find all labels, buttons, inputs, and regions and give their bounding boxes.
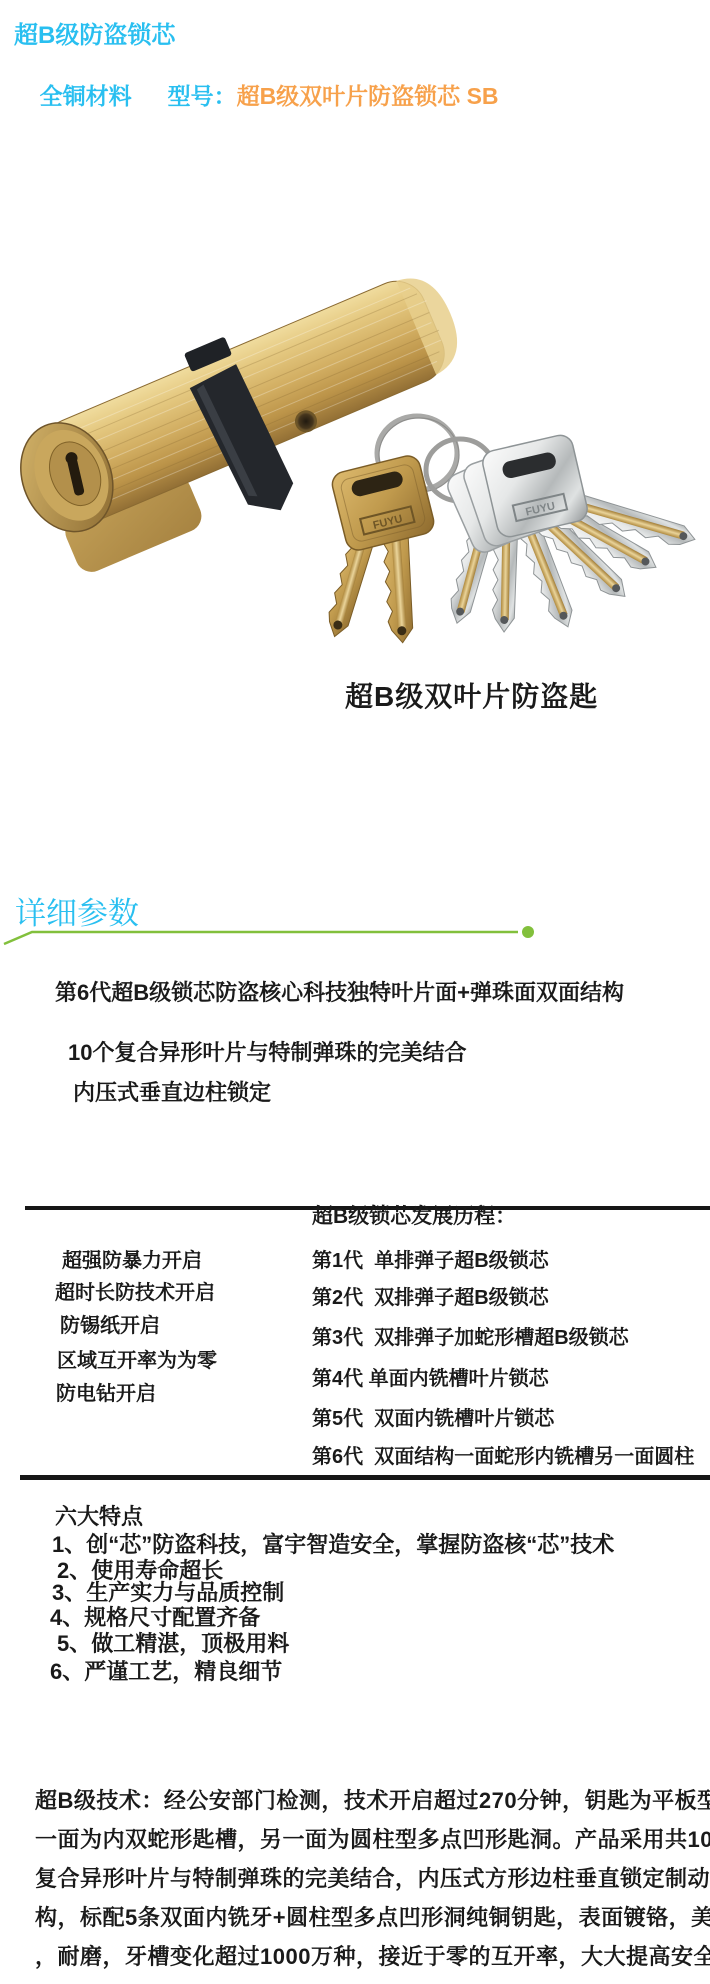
generation-item: 第6代 双面结构一面蛇形内铣槽另一面圆柱: [312, 1440, 694, 1469]
tech-paragraph-line: 构，标配5条双面内铣牙+圆柱型多点凹形洞纯铜钥匙，表面镀铬，美观: [35, 1901, 710, 1932]
history-heading: 超B级锁芯发展历程：: [312, 1200, 516, 1230]
param-line-1: 第6代超B级锁芯防盗核心科技独特叶片面+弹珠面双面结构: [55, 976, 624, 1007]
feature-item: 防电钻开启: [56, 1377, 156, 1406]
generation-item: 第4代 单面内铣槽叶片锁芯: [312, 1362, 549, 1391]
six-features-heading: 六大特点: [55, 1500, 143, 1531]
param-line-3: 内压式垂直边柱锁定: [73, 1076, 271, 1107]
tech-paragraph-line: 一面为内双蛇形匙槽，另一面为圆柱型多点凹形匙洞。产品采用共10个: [35, 1823, 710, 1854]
tech-paragraph-line: ，耐磨，牙槽变化超过1000万种，接近于零的互开率，大大提高安全性。: [35, 1940, 710, 1971]
feature-item: 超时长防技术开启: [55, 1276, 215, 1305]
brass-key-head: FUYU: [330, 453, 437, 552]
feature-item: 防锡纸开启: [60, 1309, 160, 1338]
model-value: 超B级双叶片防盗锁芯 SB: [237, 83, 499, 109]
photo-caption: 超B级双叶片防盗匙: [345, 675, 598, 715]
param-line-2: 10个复合异形叶片与特制弹珠的完美结合: [68, 1036, 466, 1067]
tech-paragraph-line: 超B级技术：经公安部门检测，技术开启超过270分钟，钥匙为平板型，: [35, 1784, 710, 1815]
generation-item: 第1代 单排弹子超B级锁芯: [312, 1244, 549, 1273]
keys-illustration: FUYU FUYU: [323, 416, 698, 644]
tech-paragraph-line: 复合异形叶片与特制弹珠的完美结合，内压式方形边柱垂直锁定制动结: [35, 1862, 710, 1893]
feature-item: 超强防暴力开启: [62, 1244, 202, 1273]
six-feature-item: 6、严谨工艺，精良细节: [50, 1655, 282, 1686]
divider-bottom: [20, 1475, 710, 1480]
feature-item: 区域互开率为为零: [57, 1344, 217, 1373]
lock-cylinder-illustration: [18, 252, 495, 600]
product-detail-page: 超B级防盗锁芯 全铜材料型号：超B级双叶片防盗锁芯 SB: [0, 0, 710, 1984]
generation-item: 第2代 双排弹子超B级锁芯: [312, 1281, 549, 1310]
generation-item: 第5代 双面内铣槽叶片锁芯: [312, 1402, 554, 1431]
section-underline: [0, 922, 545, 948]
model-label: 型号：: [168, 83, 237, 109]
six-feature-item: 5、做工精湛，顶极用料: [57, 1627, 289, 1658]
generation-item: 第3代 双排弹子加蛇形槽超B级锁芯: [312, 1321, 629, 1350]
page-title: 超B级防盗锁芯: [14, 15, 175, 50]
material-label: 全铜材料: [40, 83, 132, 109]
product-photo: FUYU FUYU: [18, 125, 710, 645]
